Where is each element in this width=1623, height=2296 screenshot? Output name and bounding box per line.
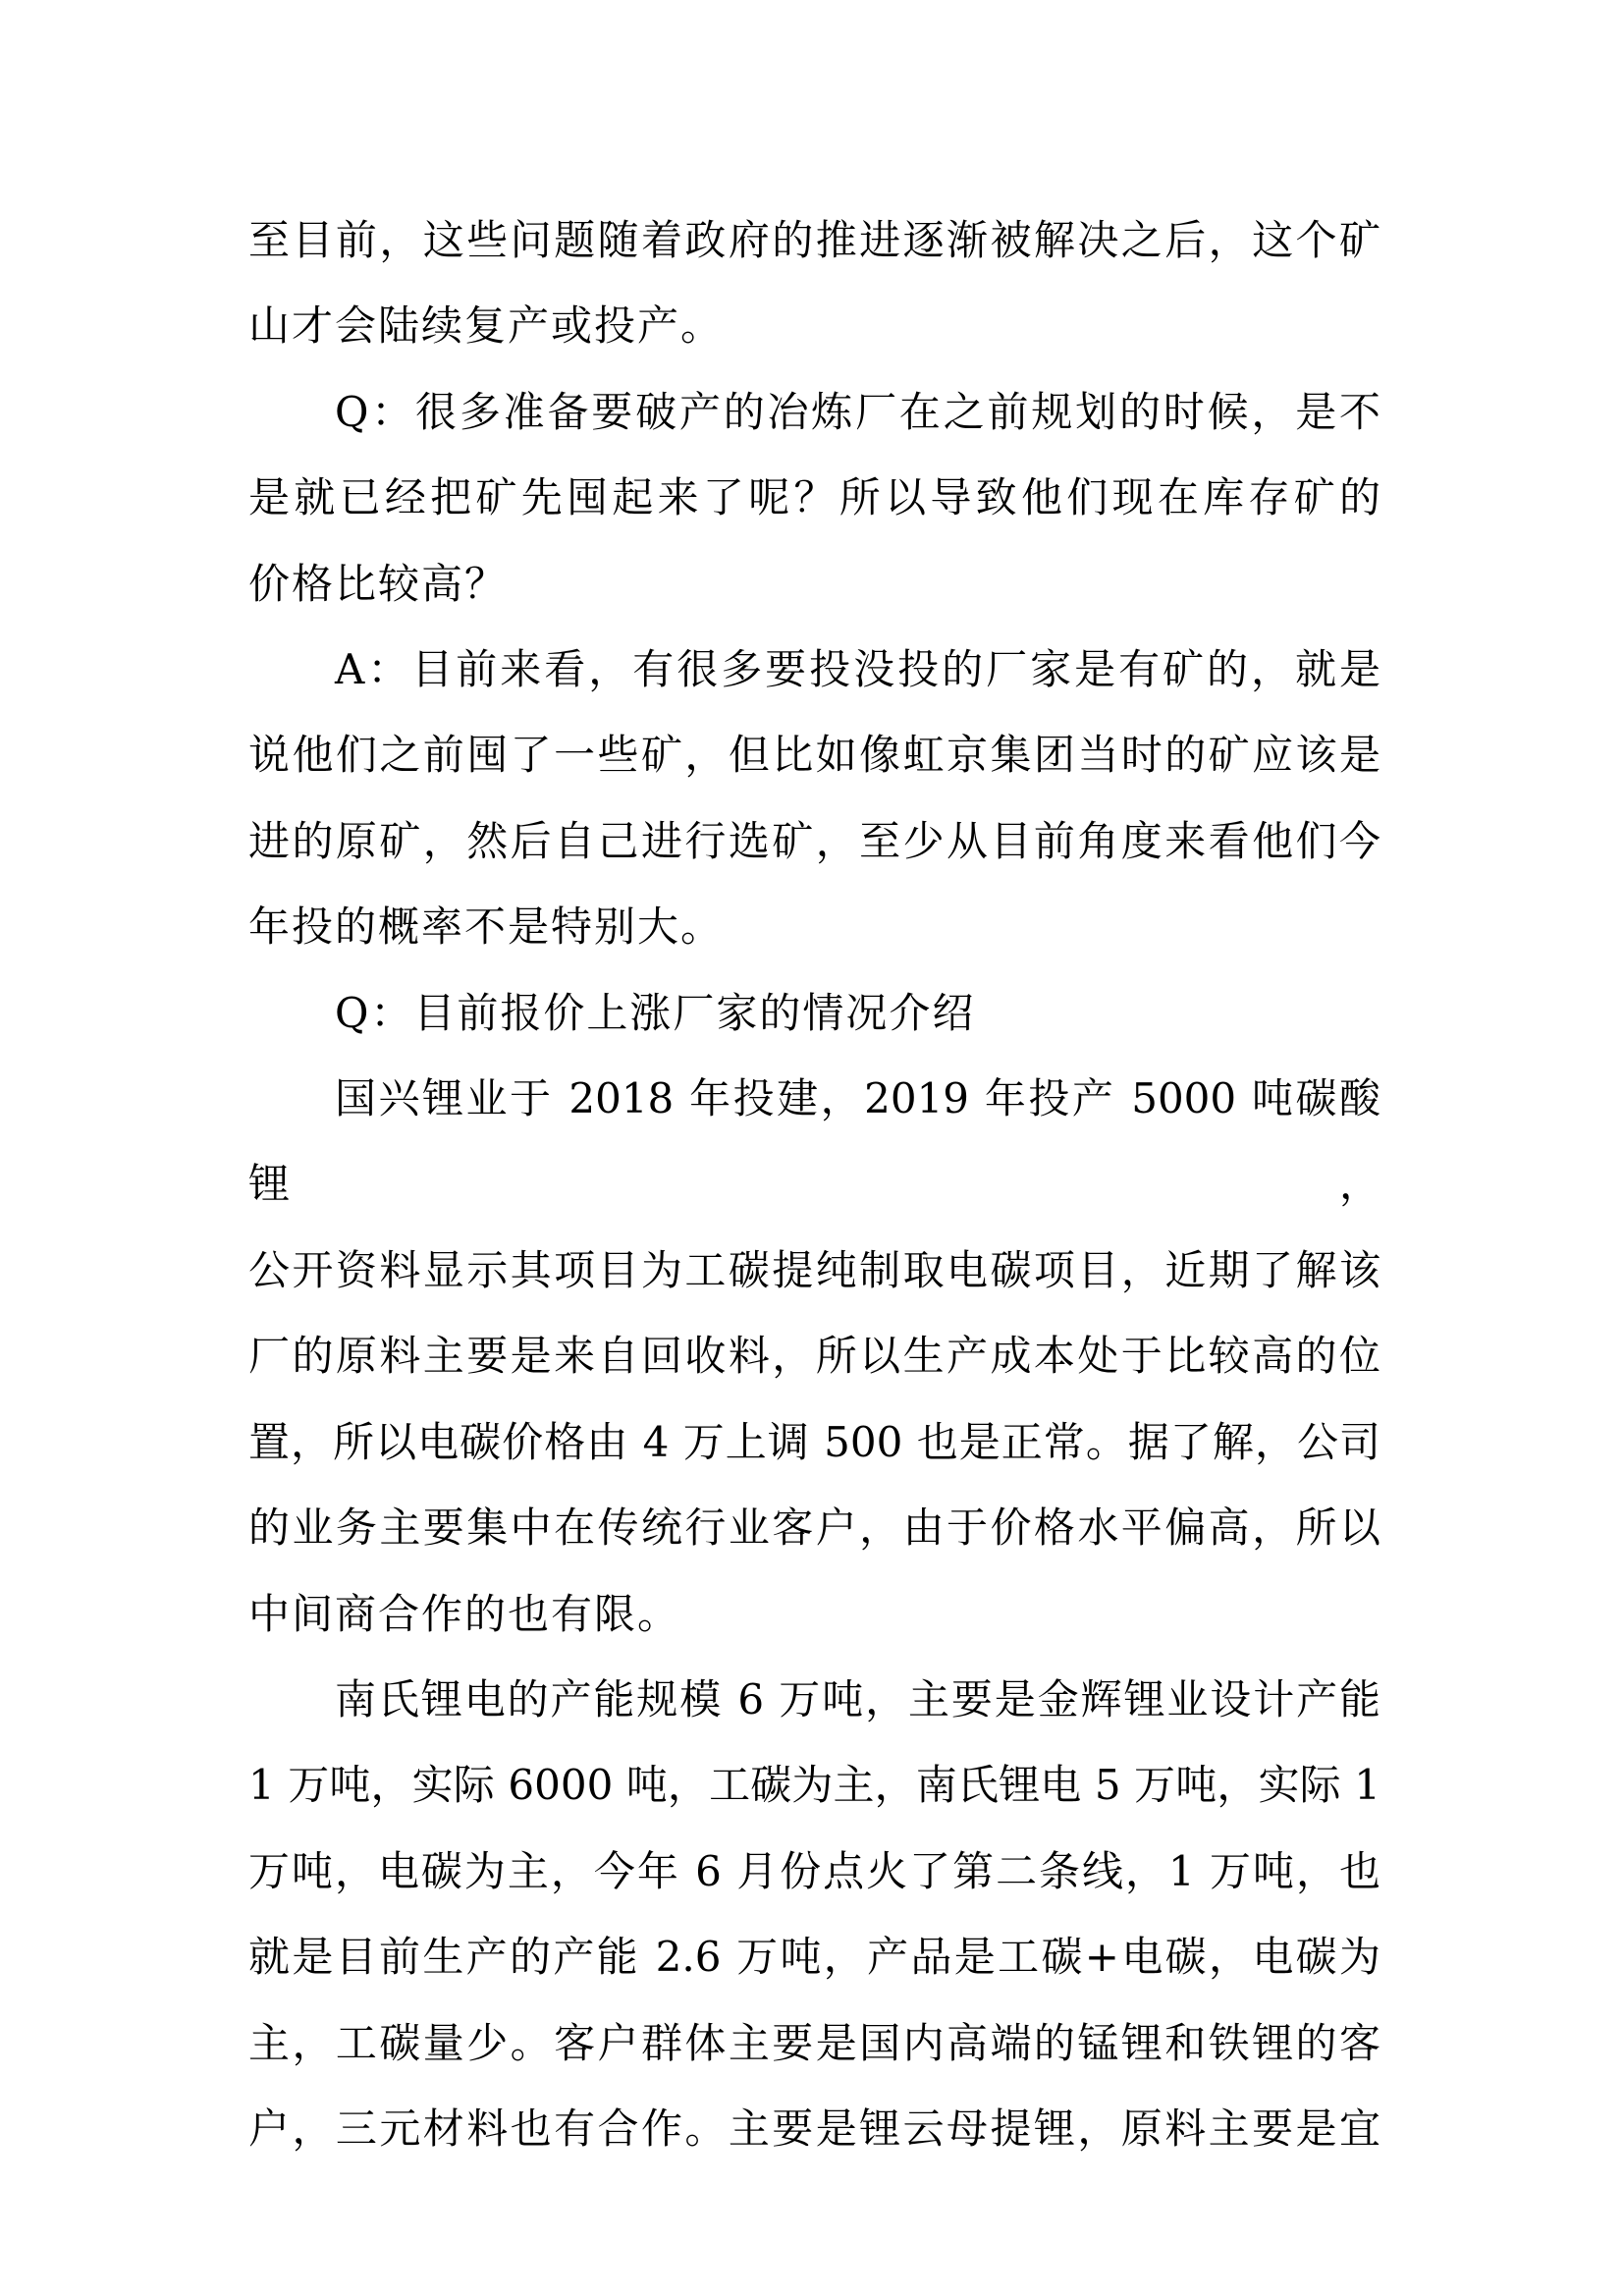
text-line: 主，工碳量少。客户群体主要是国内高端的锰锂和铁锂的客 — [248, 2000, 1380, 2086]
text-line: 南氏锂电的产能规模 6 万吨，主要是金辉锂业设计产能 — [248, 1657, 1380, 1742]
text-line: 公开资料显示其项目为工碳提纯制取电碳项目，近期了解该 — [248, 1228, 1380, 1313]
text-line: 中间商合作的也有限。 — [248, 1571, 1380, 1657]
text-line: Q：很多准备要破产的冶炼厂在之前规划的时候，是不 — [248, 369, 1380, 455]
text-line: 就是目前生产的产能 2.6 万吨，产品是工碳+电碳，电碳为 — [248, 1914, 1380, 1999]
text-line: 至目前，这些问题随着政府的推进逐渐被解决之后，这个矿 — [248, 197, 1380, 283]
text-line: 厂的原料主要是来自回收料，所以生产成本处于比较高的位 — [248, 1313, 1380, 1398]
text-line: 山才会陆续复产或投产。 — [248, 283, 1380, 368]
text-line: Q：目前报价上涨厂家的情况介绍 — [248, 970, 1380, 1056]
text-line: 年投的概率不是特别大。 — [248, 884, 1380, 969]
text-line: 置，所以电碳价格由 4 万上调 500 也是正常。据了解，公司 — [248, 1399, 1380, 1485]
document-page: 至目前，这些问题随着政府的推进逐渐被解决之后，这个矿 山才会陆续复产或投产。 Q… — [0, 0, 1623, 2296]
text-line: 户，三元材料也有合作。主要是锂云母提锂，原料主要是宜 — [248, 2086, 1380, 2171]
text-line: 是就已经把矿先囤起来了呢？所以导致他们现在库存矿的 — [248, 455, 1380, 540]
text-line: 说他们之前囤了一些矿，但比如像虹京集团当时的矿应该是 — [248, 712, 1380, 797]
text-line: 国兴锂业于 2018 年投建，2019 年投产 5000 吨碳酸锂， — [248, 1056, 1380, 1228]
document-text: 至目前，这些问题随着政府的推进逐渐被解决之后，这个矿 山才会陆续复产或投产。 Q… — [248, 197, 1380, 2171]
text-line: 进的原矿，然后自己进行选矿，至少从目前角度来看他们今 — [248, 798, 1380, 884]
text-line: A：目前来看，有很多要投没投的厂家是有矿的，就是 — [248, 627, 1380, 712]
text-line: 的业务主要集中在传统行业客户，由于价格水平偏高，所以 — [248, 1485, 1380, 1570]
text-line: 价格比较高？ — [248, 541, 1380, 627]
text-line: 1 万吨，实际 6000 吨，工碳为主，南氏锂电 5 万吨，实际 1 — [248, 1742, 1380, 1828]
text-line: 万吨，电碳为主，今年 6 月份点火了第二条线，1 万吨，也 — [248, 1829, 1380, 1914]
